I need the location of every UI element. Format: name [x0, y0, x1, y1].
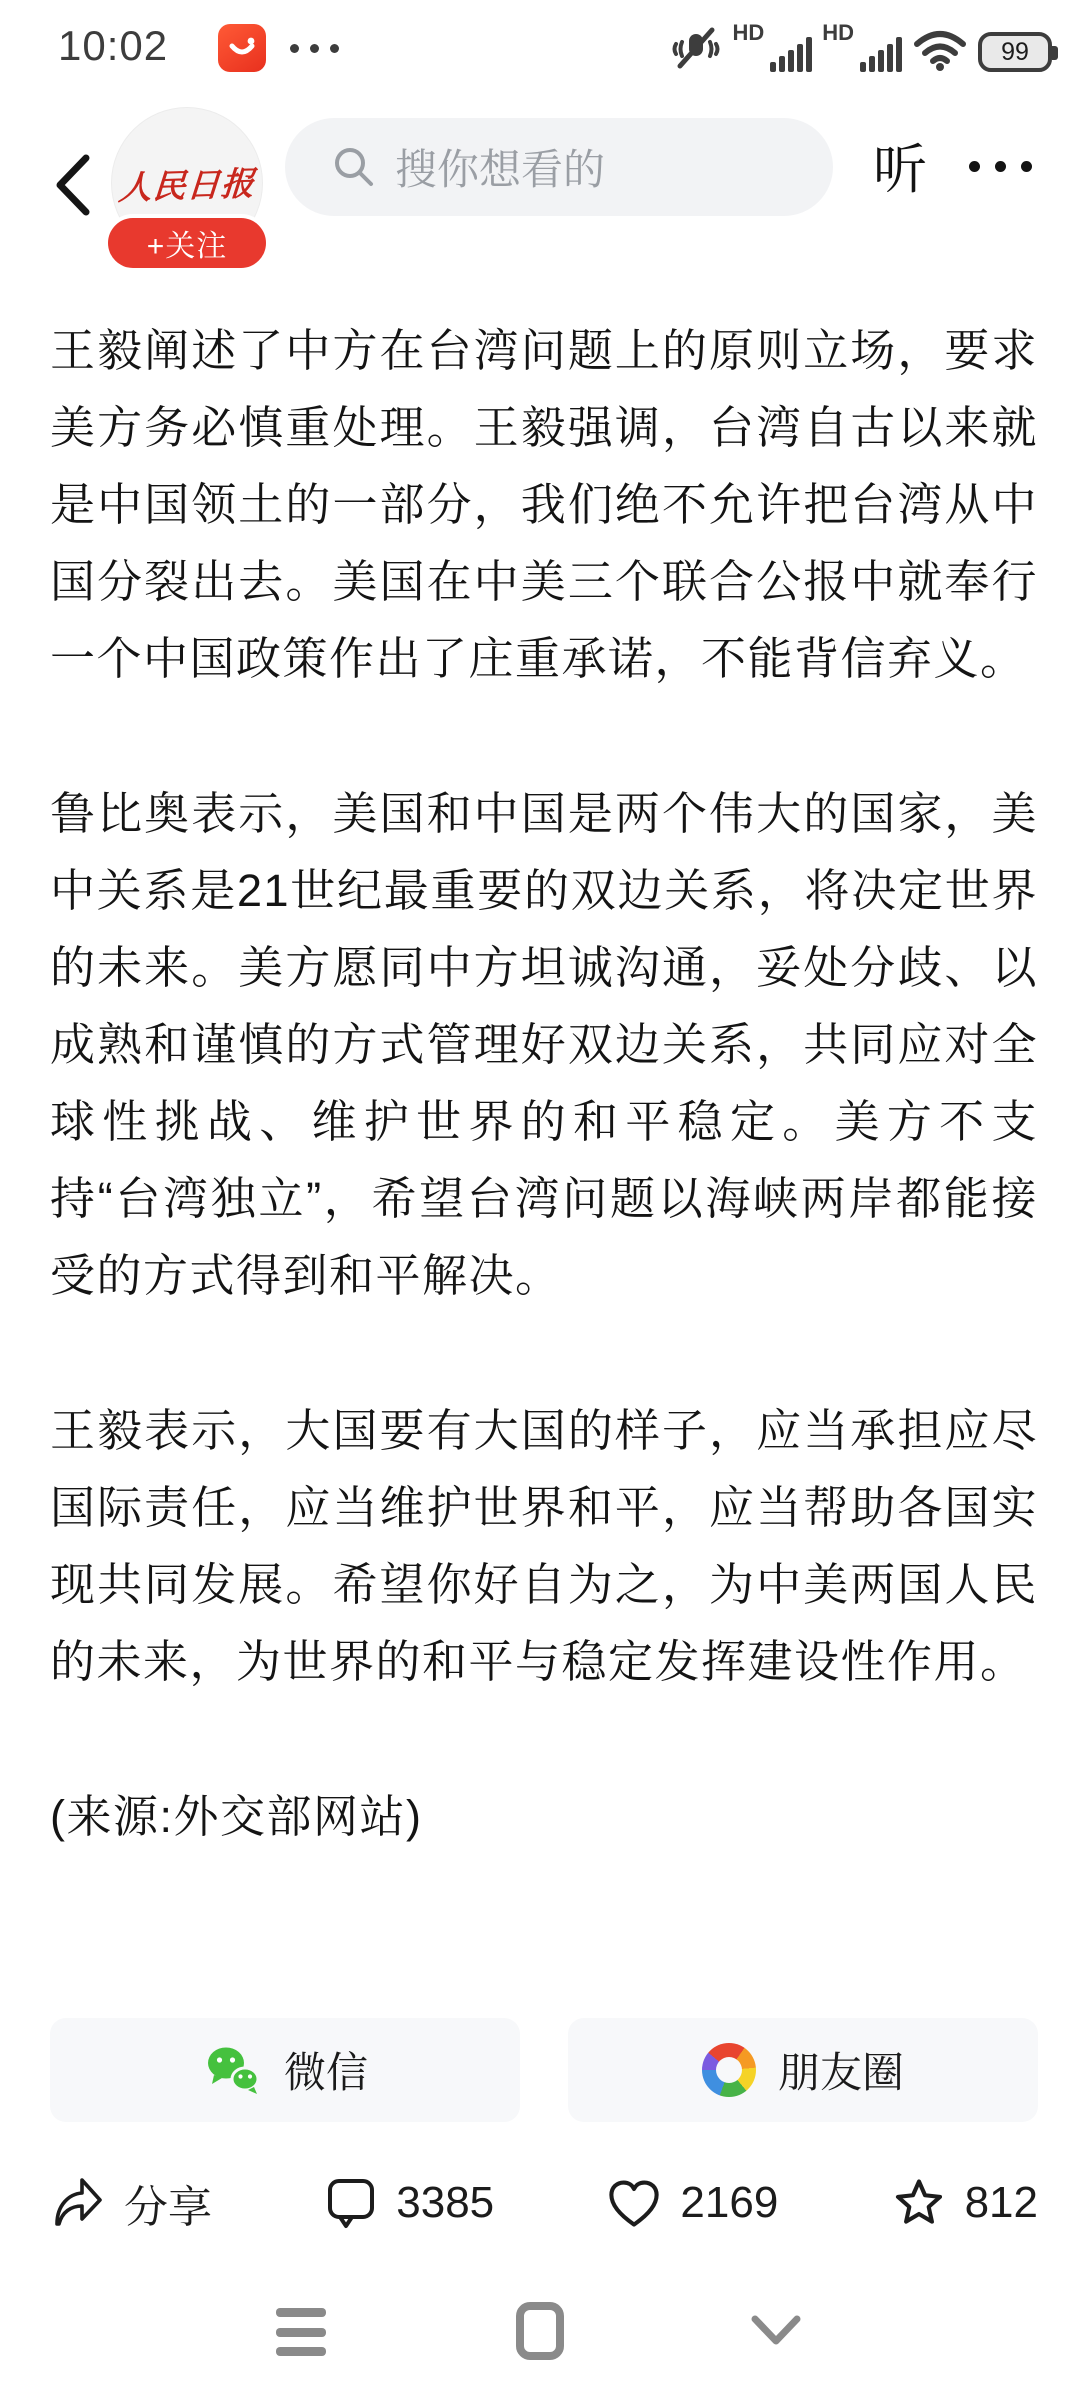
hd-volte-label-1: HD — [732, 20, 764, 46]
comment-bubble-icon — [324, 2175, 378, 2231]
mute-vibrate-icon — [670, 22, 722, 72]
share-action-label: 分享 — [124, 2171, 212, 2235]
wechat-label: 微信 — [284, 2040, 368, 2100]
status-bar: 10:02 HD HD — [0, 0, 1080, 80]
screen: 10:02 HD HD — [0, 0, 1080, 2400]
more-notifications-icon — [290, 44, 339, 53]
like-count: 2169 — [680, 2178, 778, 2228]
article-paragraph: 王毅阐述了中方在台湾问题上的原则立场，要求美方务必慎重处理。王毅强调，台湾自古以… — [50, 312, 1038, 697]
follow-label: +关注 — [147, 221, 228, 265]
follow-button[interactable]: +关注 — [108, 218, 266, 268]
favorite-count: 812 — [965, 2178, 1038, 2228]
comment-action-button[interactable]: 3385 — [324, 2175, 494, 2231]
listen-label: 听 — [873, 127, 927, 204]
more-menu-button[interactable] — [952, 156, 1048, 176]
hd-volte-label-2: HD — [822, 20, 854, 46]
share-action-button[interactable]: 分享 — [50, 2171, 212, 2235]
comment-count: 3385 — [396, 2178, 494, 2228]
clock: 10:02 — [58, 22, 168, 70]
article-paragraph: 鲁比奥表示，美国和中国是两个伟大的国家，美中关系是21世纪最重要的双边关系，将决… — [50, 775, 1038, 1314]
search-placeholder: 搜你想看的 — [395, 137, 605, 197]
heart-icon — [606, 2177, 662, 2229]
back-button[interactable] — [48, 152, 98, 218]
moments-label: 朋友圈 — [778, 2040, 904, 2100]
publisher-logo-text: 人民日报 — [117, 157, 257, 209]
back-nav-icon[interactable] — [750, 2314, 802, 2348]
battery-percent: 99 — [1001, 38, 1029, 67]
article-source-line: (来源:外交部网站) — [50, 1778, 1038, 1855]
like-action-button[interactable]: 2169 — [606, 2177, 778, 2229]
battery-indicator: 99 — [978, 32, 1052, 72]
moments-icon — [702, 2043, 756, 2097]
notification-app-smiley-icon — [218, 24, 266, 72]
search-icon — [331, 144, 377, 190]
article-paragraph: 王毅表示，大国要有大国的样子，应当承担应尽国际责任，应当维护世界和平，应当帮助各… — [50, 1392, 1038, 1700]
app-header: 人民日报 +关注 搜你想看的 听 — [0, 100, 1080, 270]
article-body: 王毅阐述了中方在台湾问题上的原则立场，要求美方务必慎重处理。王毅强调，台湾自古以… — [50, 312, 1038, 1855]
status-bar-right: HD HD 99 — [670, 18, 1052, 72]
recents-nav-icon[interactable] — [276, 2308, 326, 2356]
home-nav-icon[interactable] — [516, 2302, 564, 2360]
share-buttons-row: 微信 朋友圈 — [50, 2018, 1038, 2122]
share-wechat-button[interactable]: 微信 — [50, 2018, 520, 2122]
share-moments-button[interactable]: 朋友圈 — [568, 2018, 1038, 2122]
wifi-icon — [912, 28, 968, 72]
favorite-action-button[interactable]: 812 — [891, 2176, 1038, 2230]
action-bar: 分享 3385 2169 812 — [50, 2168, 1038, 2238]
system-navigation-bar — [0, 2290, 1080, 2380]
wechat-icon — [202, 2042, 262, 2098]
star-icon — [891, 2176, 947, 2230]
search-input[interactable]: 搜你想看的 — [285, 118, 833, 216]
signal-bars-sim1-icon — [770, 36, 812, 72]
listen-button[interactable]: 听 — [858, 120, 942, 210]
share-arrow-icon — [50, 2174, 106, 2232]
signal-bars-sim2-icon — [860, 36, 902, 72]
